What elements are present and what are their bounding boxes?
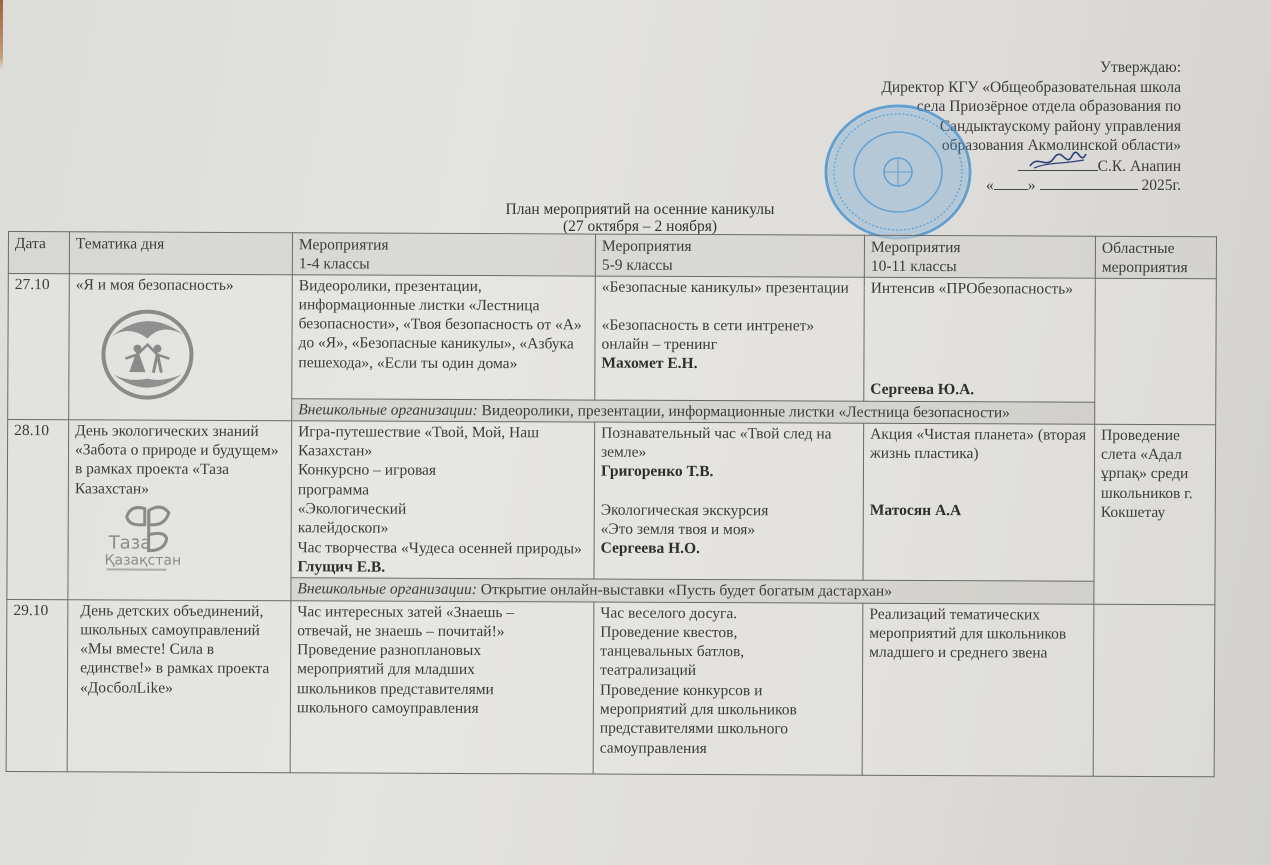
cell-grades-5-9: Познавательный час «Твой след на земле» …: [594, 422, 864, 581]
header-date: Дата: [8, 232, 69, 274]
header-grades-5-9: Мероприятия 5-9 классы: [595, 234, 864, 277]
cell-regional: [1093, 604, 1215, 777]
responsible-person: Махомет Е.Н.: [601, 354, 857, 374]
cell-regional: Проведение слета «Адал ұрпақ» среди школ…: [1094, 424, 1216, 604]
table-row: 28.10 День экологических знаний «Забота …: [7, 419, 1216, 582]
responsible-person: Сергеева Ю.А.: [870, 380, 974, 400]
cell-grades-1-4: Час интересных затей «Знаешь – отвечай, …: [290, 600, 594, 773]
cell-date: 28.10: [7, 419, 69, 599]
events-table: Дата Тематика дня Мероприятия 1-4 классы…: [6, 231, 1217, 777]
month-blank: [1040, 177, 1138, 190]
cell-theme: День детских объединений, школьных самоу…: [67, 599, 291, 772]
family-safety-logo-icon: [99, 308, 195, 400]
header-regional: Областные мероприятия: [1095, 236, 1216, 278]
signature-field: [1018, 156, 1098, 171]
day-blank: [994, 177, 1028, 190]
approval-line: Директор КГУ «Общеобразовательная школа: [881, 78, 1181, 98]
cell-grades-5-9: Час веселого досуга. Проведение квестов,…: [593, 602, 863, 775]
header-grades-10-11: Мероприятия 10-11 классы: [864, 235, 1095, 278]
cell-grades-5-9: «Безопасные каникулы» презентации «Безоп…: [595, 276, 865, 401]
table-row: 27.10 «Я и моя безопасность» Видеоролики…: [8, 273, 1217, 402]
cell-grades-10-11: Акция «Чистая планета» (вторая жизнь пла…: [863, 423, 1095, 581]
cell-date: 29.10: [6, 599, 68, 771]
header-theme: Тематика дня: [69, 232, 292, 275]
page-title: План мероприятий на осенние каникулы (27…: [330, 201, 950, 235]
cell-theme: День экологических знаний «Забота о прир…: [68, 420, 292, 601]
taza-kazakhstan-logo-icon: Таза Қазақстан: [105, 503, 195, 575]
header-grades-1-4: Мероприятия 1-4 классы: [292, 233, 595, 276]
responsible-person: Матосян А.А: [870, 501, 1088, 521]
desk-edge: [0, 0, 3, 70]
cell-regional: [1095, 278, 1217, 425]
approval-line: Сандыктаускому району управления: [881, 117, 1181, 137]
approval-heading: Утверждаю:: [881, 58, 1181, 78]
responsible-person: Сергеева Н.О.: [601, 539, 857, 559]
table-header-row: Дата Тематика дня Мероприятия 1-4 классы…: [8, 232, 1216, 279]
responsible-person: Глущич Е.В.: [297, 557, 587, 578]
signature-line: С.К. Анапин: [881, 156, 1181, 177]
approval-block: Утверждаю: Директор КГУ «Общеобразовател…: [881, 58, 1181, 196]
signatory-name: С.К. Анапин: [1098, 158, 1181, 175]
cell-theme: «Я и моя безопасность»: [69, 273, 293, 420]
cell-grades-1-4: Видеоролики, презентации, информационные…: [292, 274, 596, 399]
approval-line: села Приозёрное отдела образования по: [881, 97, 1181, 117]
cell-date: 27.10: [8, 273, 70, 420]
svg-text:Таза: Таза: [108, 533, 152, 554]
cell-grades-1-4: Игра-путешествие «Твой, Мой, Наш Казахст…: [291, 421, 595, 580]
cell-grades-10-11: Реализаций тематических мероприятий для …: [862, 603, 1094, 776]
table-row: 29.10 День детских объединений, школьных…: [6, 599, 1215, 776]
approval-year: 2025г.: [1142, 177, 1181, 194]
approval-date: «»2025г.: [881, 176, 1181, 196]
signature-scribble-icon: [1028, 150, 1088, 172]
extracurricular-label: Внешкольные организации:: [297, 581, 477, 599]
cell-grades-10-11: Интенсив «ПРОбезопасность» Сергеева Ю.А.: [864, 277, 1096, 402]
responsible-person: Григоренко Т.В.: [601, 462, 857, 482]
svg-text:Қазақстан: Қазақстан: [105, 553, 182, 569]
extracurricular-label: Внешкольные организации:: [298, 401, 478, 419]
